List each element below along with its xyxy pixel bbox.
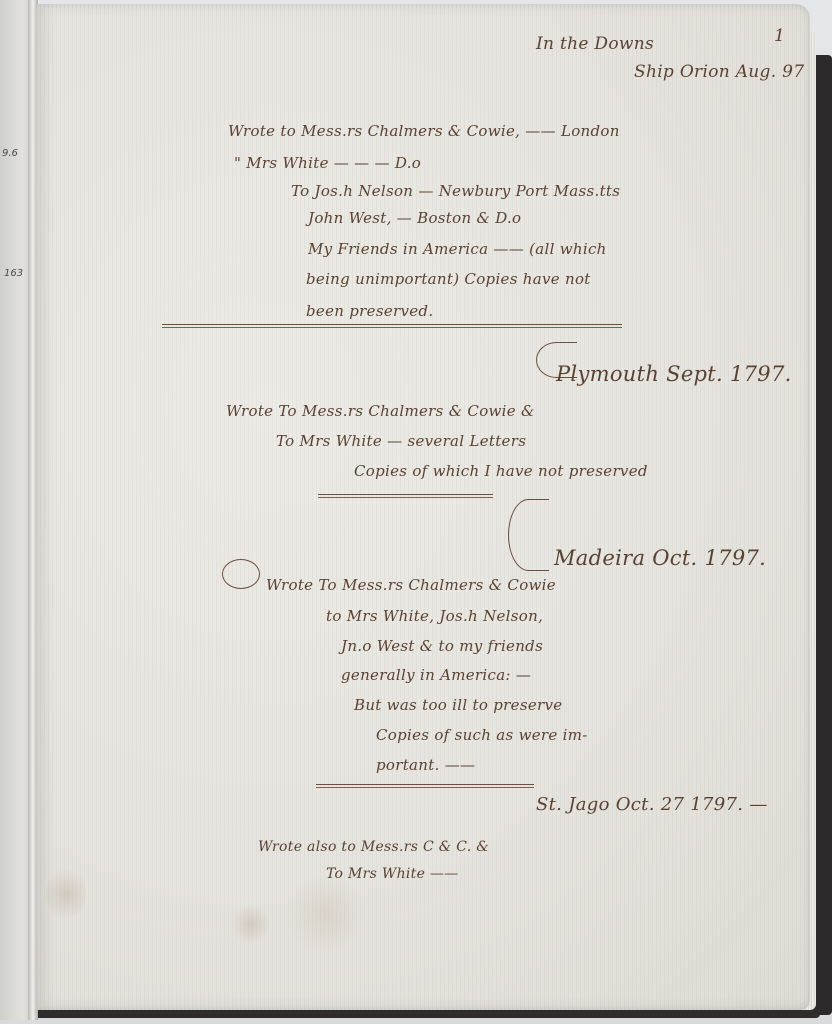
entry-line: been preserved. bbox=[306, 302, 433, 320]
entry-line: To Mrs White — several Letters bbox=[276, 432, 526, 450]
entry-line: John West, — Boston & D.o bbox=[308, 209, 521, 227]
entry-line: being unimportant) Copies have not bbox=[306, 270, 591, 288]
section-divider bbox=[318, 494, 493, 498]
section-divider bbox=[316, 784, 534, 788]
stain bbox=[286, 874, 366, 954]
margin-note: 9.6 bbox=[2, 148, 18, 159]
entry-heading: Madeira Oct. 1797. bbox=[554, 546, 766, 570]
header-location: In the Downs bbox=[536, 34, 654, 54]
entry-line: Copies of such as were im- bbox=[376, 726, 588, 744]
entry-line: To Jos.h Nelson — Newbury Port Mass.tts bbox=[291, 182, 620, 200]
section-divider bbox=[162, 324, 622, 328]
entry-line: But was too ill to preserve bbox=[354, 696, 562, 714]
header-ship-date: Ship Orion Aug. 97 bbox=[634, 62, 804, 82]
entry-line: To Mrs White —— bbox=[326, 866, 459, 882]
stain bbox=[46, 864, 86, 924]
entry-line: Wrote To Mess.rs Chalmers & Cowie & bbox=[226, 402, 535, 420]
page-number: 1 bbox=[774, 26, 785, 46]
entry-line: portant. —— bbox=[376, 756, 475, 774]
entry-line: Wrote To Mess.rs Chalmers & Cowie bbox=[266, 576, 556, 594]
entry-line: My Friends in America —— (all which bbox=[308, 240, 607, 258]
entry-heading: Plymouth Sept. 1797. bbox=[556, 362, 792, 386]
entry-line: Jn.o West & to my friends bbox=[341, 637, 543, 655]
entry-line: to Mrs White, Jos.h Nelson, bbox=[326, 607, 543, 625]
entry-line: Wrote to Mess.rs Chalmers & Cowie, —— Lo… bbox=[228, 122, 620, 140]
entry-heading: St. Jago Oct. 27 1797. — bbox=[536, 794, 768, 815]
stain bbox=[231, 904, 271, 944]
entry-line: Copies of which I have not preserved bbox=[354, 462, 648, 480]
entry-line: " Mrs White — — — D.o bbox=[234, 154, 421, 172]
manuscript-page: 1 In the Downs Ship Orion Aug. 97 Wrote … bbox=[36, 4, 810, 1010]
flourish bbox=[508, 499, 549, 571]
entry-line: Wrote also to Mess.rs C & C. & bbox=[258, 839, 489, 855]
margin-note: 163 bbox=[4, 268, 23, 279]
flourish bbox=[222, 559, 260, 589]
entry-line: generally in America: — bbox=[341, 666, 531, 684]
